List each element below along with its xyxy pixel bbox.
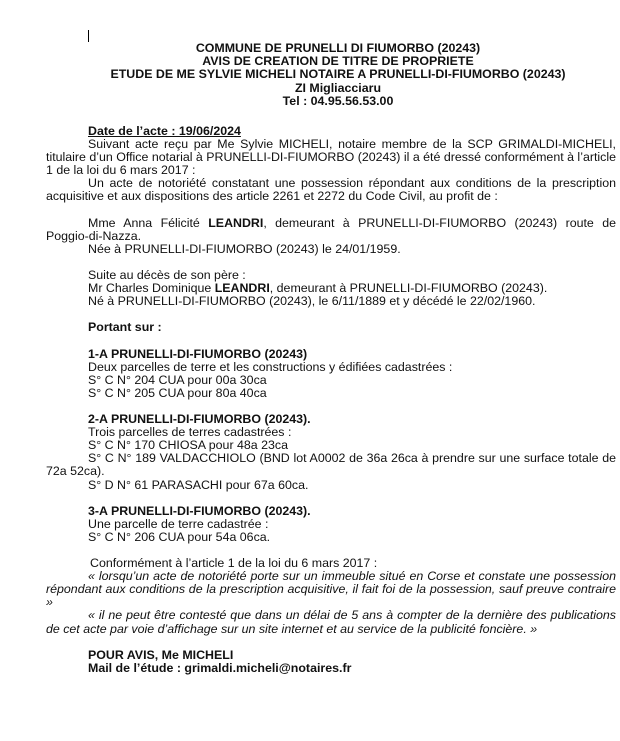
lot-title: 1-A PRUNELLI-DI-FIUMORBO (20243): [46, 348, 616, 361]
document-body: Date de l’acte : 19/06/2024 Suivant acte…: [46, 125, 616, 675]
loi-quote-2: « il ne peut être contesté que dans un d…: [46, 609, 616, 635]
succession-name: LEANDRI: [215, 281, 270, 295]
succession-dates: Né à PRUNELLI-DI-FIUMORBO (20243), le 6/…: [46, 295, 616, 308]
lot-description: Deux parcelles de terre et les construct…: [46, 361, 616, 374]
lot-2: 2-A PRUNELLI-DI-FIUMORBO (20243). Trois …: [46, 413, 616, 492]
document-header: COMMUNE DE PRUNELLI DI FIUMORBO (20243) …: [46, 42, 620, 108]
lot-description: Une parcelle de terre cadastrée :: [46, 518, 616, 531]
portant-sur-heading: Portant sur :: [46, 321, 616, 334]
header-address: ZI Migliacciaru: [46, 82, 620, 95]
parcel-item: S° C N° 204 CUA pour 00a 30ca: [46, 374, 616, 387]
acte-paragraph-2: Un acte de notoriété constatant une poss…: [46, 177, 616, 203]
acte-date: Date de l’acte : 19/06/2024: [88, 124, 241, 138]
parcel-item: S° D N° 61 PARASACHI pour 67a 60ca.: [46, 479, 616, 492]
text-cursor: [88, 30, 89, 42]
beneficiaire-name: LEANDRI: [208, 216, 263, 230]
beneficiaire-birth: Née à PRUNELLI-DI-FIUMORBO (20243) le 24…: [46, 243, 616, 256]
parcel-item: S° C N° 206 CUA pour 54a 06ca.: [46, 531, 616, 544]
parcel-item: S° C N° 189 VALDACCHIOLO (BND lot A0002 …: [46, 452, 616, 478]
parcel-item: S° C N° 205 CUA pour 80a 40ca: [46, 387, 616, 400]
header-etude: ETUDE DE ME SYLVIE MICHELI NOTAIRE A PRU…: [46, 68, 620, 81]
beneficiaire-paragraph: Mme Anna Félicité LEANDRI, demeurant à P…: [46, 217, 616, 243]
header-phone: Tel : 04.95.56.53.00: [46, 95, 620, 108]
etude-email: Mail de l’étude : grimaldi.micheli@notai…: [46, 662, 616, 675]
lot-1: 1-A PRUNELLI-DI-FIUMORBO (20243) Deux pa…: [46, 348, 616, 400]
lot-title: 3-A PRUNELLI-DI-FIUMORBO (20243).: [46, 505, 616, 518]
acte-paragraph-1: Suivant acte reçu par Me Sylvie MICHELI,…: [46, 138, 616, 177]
lot-3: 3-A PRUNELLI-DI-FIUMORBO (20243). Une pa…: [46, 505, 616, 544]
signature-line: POUR AVIS, Me MICHELI: [46, 649, 616, 662]
loi-quote-1: « lorsqu’un acte de notoriété porte sur …: [46, 570, 616, 609]
